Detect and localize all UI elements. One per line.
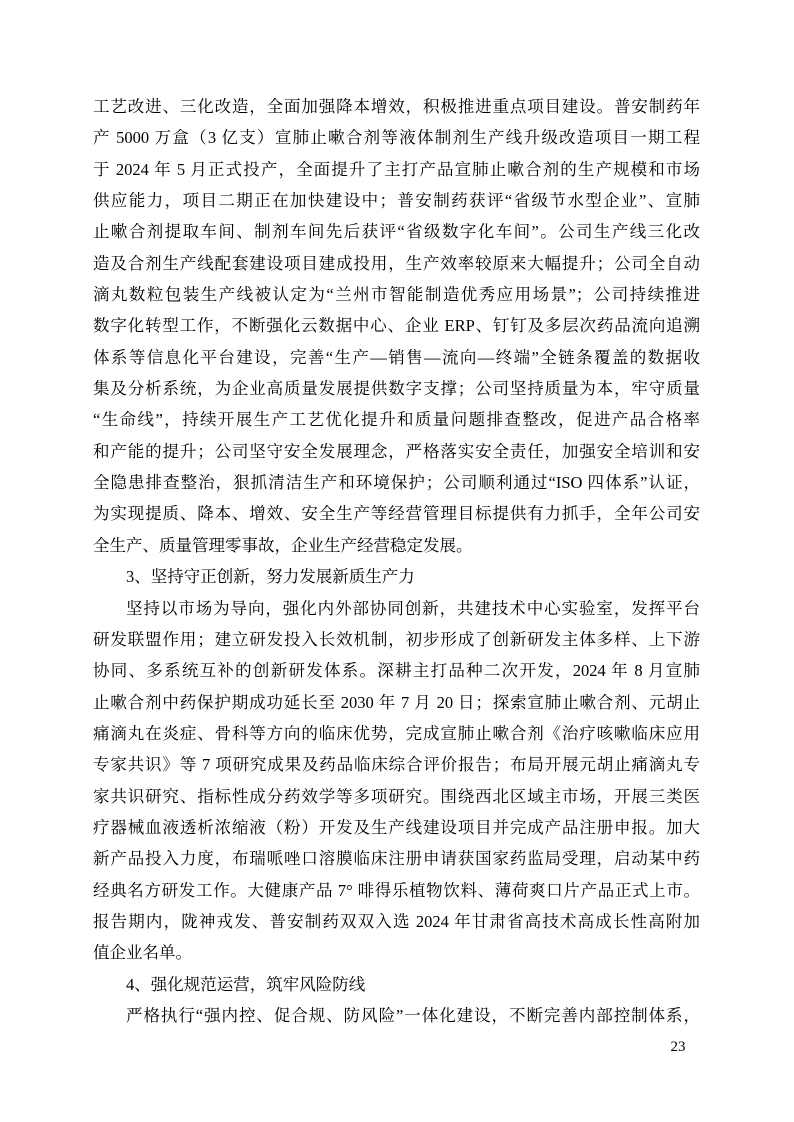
- text-line: 于 2024 年 5 月正式投产，全面提升了主打产品宣肺止嗽合剂的生产规模和市场: [93, 154, 700, 185]
- text-line: 值企业名单。: [93, 937, 700, 968]
- text-line: 经典名方研发工作。大健康产品 7° 啡得乐植物饮料、薄荷爽口片产品正式上市。: [93, 875, 700, 906]
- text-line: 滴丸数粒包装生产线被认定为“兰州市智能制造优秀应用场景”；公司持续推进: [93, 279, 700, 310]
- text-line: “生命线”，持续开展生产工艺优化提升和质量问题排查整改，促进产品合格率: [93, 404, 700, 435]
- text-line: 供应能力，项目二期正在加快建设中；普安制药获评“省级节水型企业”、宣肺: [93, 185, 700, 216]
- text-line: 疗器械血液透析浓缩液（粉）开发及生产线建设项目并完成产品注册申报。加大: [93, 812, 700, 843]
- text-line: 新产品投入力度，布瑞哌唑口溶膜临床注册申请获国家药监局受理，启动某中药: [93, 843, 700, 874]
- text-line: 坚持以市场为导向，强化内外部协同创新，共建技术中心实验室，发挥平台: [93, 593, 700, 624]
- text-line: 全生产、质量管理零事故，企业生产经营稳定发展。: [93, 530, 700, 561]
- text-line: 为实现提质、降本、增效、安全生产等经营管理目标提供有力抓手，全年公司安: [93, 498, 700, 529]
- page-number: 23: [655, 1037, 701, 1057]
- text-line: 痛滴丸在炎症、骨科等方向的临床优势，完成宣肺止嗽合剂《治疗咳嗽临床应用: [93, 718, 700, 749]
- text-line: 研发联盟作用；建立研发投入长效机制，初步形成了创新研发主体多样、上下游: [93, 624, 700, 655]
- text-line: 造及合剂生产线配套建设项目建成投用，生产效率较原来大幅提升；公司全自动: [93, 248, 700, 279]
- text-line: 产 5000 万盒（3 亿支）宣肺止嗽合剂等液体制剂生产线升级改造项目一期工程: [93, 122, 700, 153]
- document-page: 工艺改进、三化改造，全面加强降本增效，积极推进重点项目建设。普安制药年产 500…: [0, 0, 794, 1122]
- text-line: 专家共识》等 7 项研究成果及药品临床综合评价报告；布局开展元胡止痛滴丸专: [93, 749, 700, 780]
- text-line: 集及分析系统，为企业高质量发展提供数字支撑；公司坚持质量为本，牢守质量: [93, 373, 700, 404]
- text-line: 家共识研究、指标性成分药效学等多项研究。围绕西北区域主市场，开展三类医: [93, 781, 700, 812]
- text-line: 3、坚持守正创新，努力发展新质生产力: [93, 561, 700, 592]
- text-line: 严格执行“强内控、促合规、防风险”一体化建设，不断完善内部控制体系，: [93, 1000, 700, 1031]
- text-line: 4、强化规范运营，筑牢风险防线: [93, 969, 700, 1000]
- text-line: 工艺改进、三化改造，全面加强降本增效，积极推进重点项目建设。普安制药年: [93, 91, 700, 122]
- text-line: 和产能的提升；公司坚守安全发展理念，严格落实安全责任，加强安全培训和安: [93, 436, 700, 467]
- text-line: 体系等信息化平台建设，完善“生产—销售—流向—终端”全链条覆盖的数据收: [93, 342, 700, 373]
- text-line: 全隐患排查整治，狠抓清洁生产和环境保护；公司顺利通过“ISO 四体系”认证，: [93, 467, 700, 498]
- document-body: 工艺改进、三化改造，全面加强降本增效，积极推进重点项目建设。普安制药年产 500…: [93, 91, 700, 1031]
- text-line: 止嗽合剂中药保护期成功延长至 2030 年 7 月 20 日；探索宣肺止嗽合剂、…: [93, 687, 700, 718]
- text-line: 协同、多系统互补的创新研发体系。深耕主打品种二次开发，2024 年 8 月宣肺: [93, 655, 700, 686]
- text-line: 止嗽合剂提取车间、制剂车间先后获评“省级数字化车间”。公司生产线三化改: [93, 216, 700, 247]
- text-line: 报告期内，陇神戎发、普安制药双双入选 2024 年甘肃省高技术高成长性高附加: [93, 906, 700, 937]
- text-line: 数字化转型工作，不断强化云数据中心、企业 ERP、钉钉及多层次药品流向追溯: [93, 310, 700, 341]
